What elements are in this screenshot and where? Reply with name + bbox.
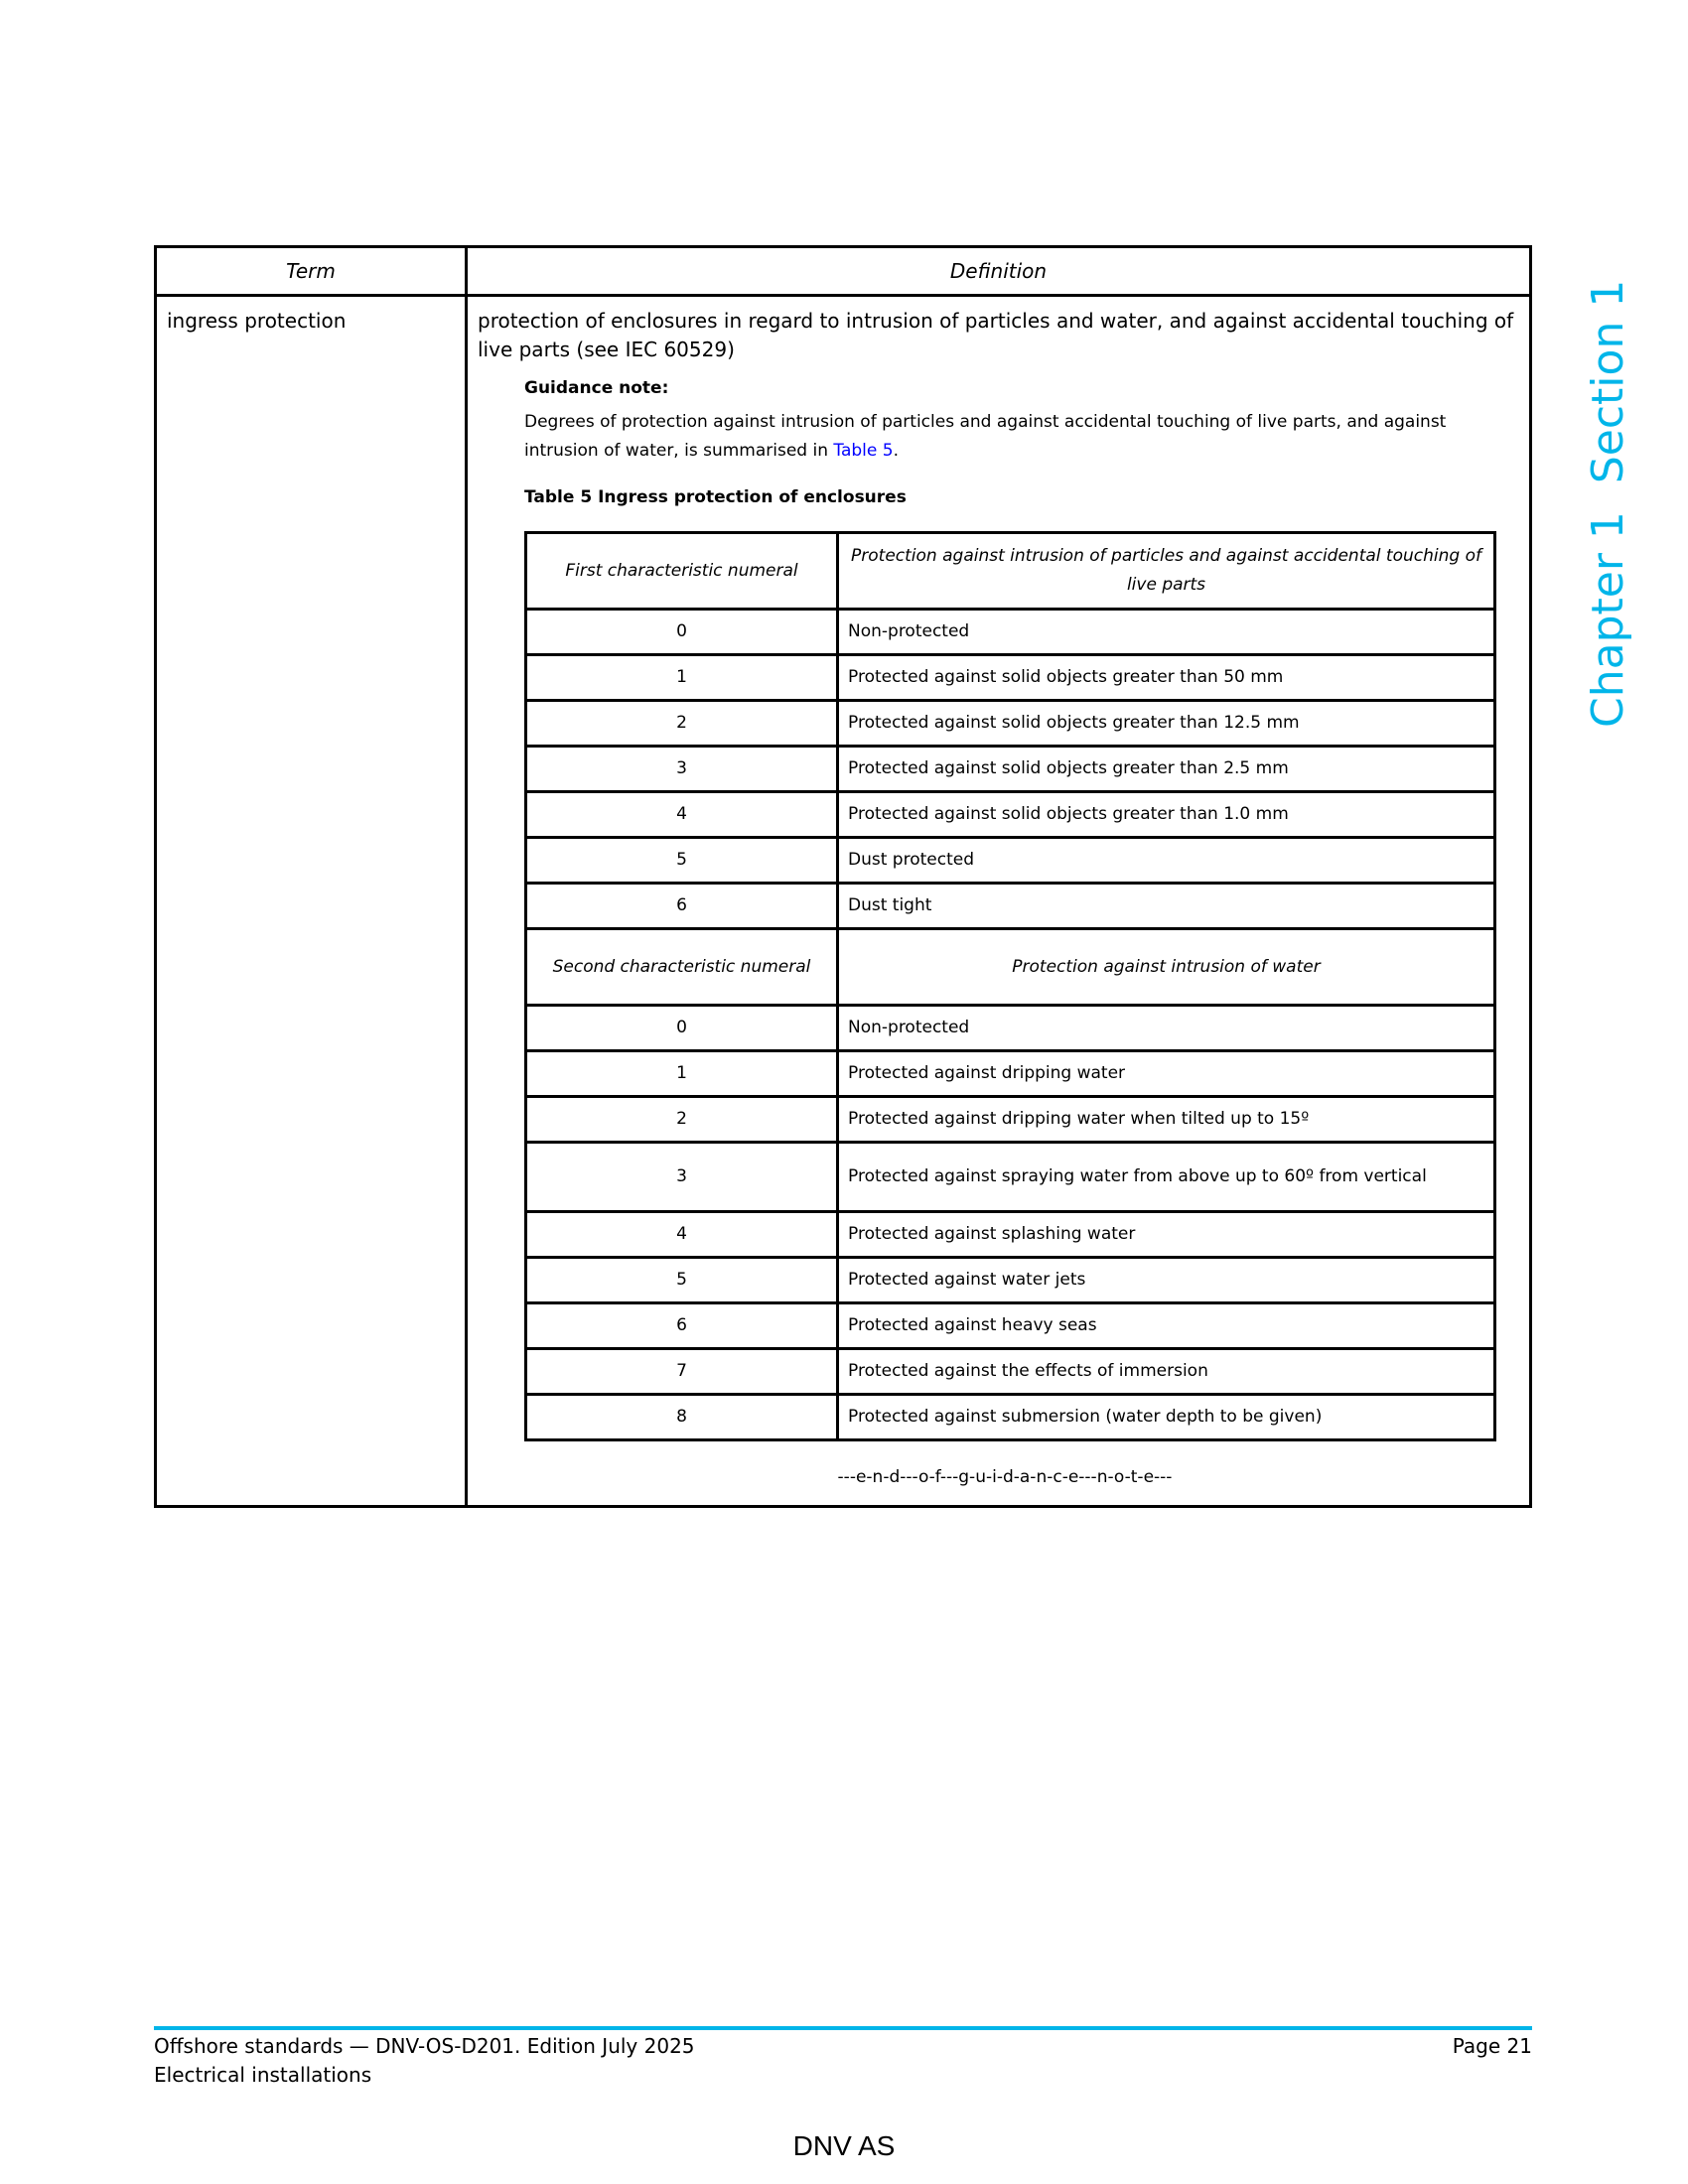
protection-cell: Protected against water jets <box>838 1258 1495 1303</box>
numeral-cell: 5 <box>526 1258 838 1303</box>
guidance-note: Guidance note: Degrees of protection aga… <box>524 378 1485 1487</box>
chapter-section-label: Chapter 1 Section 1 <box>1583 280 1633 728</box>
numeral-cell: 1 <box>526 655 838 701</box>
table-row: 5Protected against water jets <box>526 1258 1495 1303</box>
numeral-cell: 4 <box>526 792 838 838</box>
protection-cell: Protected against solid objects greater … <box>838 792 1495 838</box>
protection-cell: Protected against splashing water <box>838 1212 1495 1258</box>
footer-left: Offshore standards — DNV-OS-D201. Editio… <box>154 2032 695 2090</box>
table-row: 0Non-protected <box>526 610 1495 655</box>
footer-subtitle: Electrical installations <box>154 2061 695 2090</box>
table-row: 2Protected against dripping water when t… <box>526 1097 1495 1143</box>
table-row: 3Protected against spraying water from a… <box>526 1143 1495 1212</box>
protection-cell: Protected against submersion (water dept… <box>838 1395 1495 1440</box>
ingress-protection-table: First characteristic numeralProtection a… <box>524 531 1496 1441</box>
numeral-cell: 8 <box>526 1395 838 1440</box>
protection-cell: Protected against spraying water from ab… <box>838 1143 1495 1212</box>
table-header-row: First characteristic numeralProtection a… <box>526 533 1495 610</box>
numeral-cell: 2 <box>526 1097 838 1143</box>
protection-cell: Non-protected <box>838 610 1495 655</box>
end-of-guidance-note: ---e-n-d---o-f---g-u-i-d-a-n-c-e---n-o-t… <box>524 1467 1485 1487</box>
protection-cell: Dust tight <box>838 884 1495 929</box>
numeral-cell: 0 <box>526 610 838 655</box>
table-row: 4Protected against solid objects greater… <box>526 792 1495 838</box>
protection-header: Protection against intrusion of water <box>838 929 1495 1006</box>
publisher: DNV AS <box>0 2130 1688 2162</box>
definition-cell: protection of enclosures in regard to in… <box>467 296 1531 1507</box>
definitions-table: Term Definition ingress protection prote… <box>154 245 1532 1508</box>
term-header: Term <box>156 247 467 296</box>
table-row: 7Protected against the effects of immers… <box>526 1349 1495 1395</box>
numeral-cell: 6 <box>526 884 838 929</box>
protection-cell: Protected against solid objects greater … <box>838 747 1495 792</box>
numeral-cell: 0 <box>526 1006 838 1051</box>
table-row: ingress protection protection of enclosu… <box>156 296 1531 1507</box>
table-header-row: Second characteristic numeralProtection … <box>526 929 1495 1006</box>
table-row: 6Protected against heavy seas <box>526 1303 1495 1349</box>
protection-cell: Dust protected <box>838 838 1495 884</box>
numeral-cell: 5 <box>526 838 838 884</box>
table-row: 1Protected against solid objects greater… <box>526 655 1495 701</box>
table-row: 6Dust tight <box>526 884 1495 929</box>
protection-cell: Protected against the effects of immersi… <box>838 1349 1495 1395</box>
protection-cell: Protected against solid objects greater … <box>838 655 1495 701</box>
protection-cell: Non-protected <box>838 1006 1495 1051</box>
guidance-text-end: . <box>894 441 899 461</box>
definition-text: protection of enclosures in regard to in… <box>478 307 1519 364</box>
protection-cell: Protected against solid objects greater … <box>838 701 1495 747</box>
protection-cell: Protected against dripping water <box>838 1051 1495 1097</box>
table-row: 4Protected against splashing water <box>526 1212 1495 1258</box>
numeral-header: Second characteristic numeral <box>526 929 838 1006</box>
numeral-cell: 3 <box>526 747 838 792</box>
numeral-cell: 2 <box>526 701 838 747</box>
guidance-title: Guidance note: <box>524 378 1485 398</box>
table-row: 2Protected against solid objects greater… <box>526 701 1495 747</box>
footer-divider <box>154 2026 1532 2030</box>
numeral-cell: 1 <box>526 1051 838 1097</box>
guidance-body: Degrees of protection against intrusion … <box>524 408 1485 466</box>
numeral-cell: 4 <box>526 1212 838 1258</box>
table-row: 1Protected against dripping water <box>526 1051 1495 1097</box>
term-cell: ingress protection <box>156 296 467 1507</box>
numeral-cell: 6 <box>526 1303 838 1349</box>
protection-header: Protection against intrusion of particle… <box>838 533 1495 610</box>
numeral-cell: 7 <box>526 1349 838 1395</box>
table-row: 0Non-protected <box>526 1006 1495 1051</box>
numeral-header: First characteristic numeral <box>526 533 838 610</box>
footer-document-title: Offshore standards — DNV-OS-D201. Editio… <box>154 2032 695 2061</box>
definition-header: Definition <box>467 247 1531 296</box>
table-caption: Table 5 Ingress protection of enclosures <box>524 487 1485 507</box>
table-5-link[interactable]: Table 5 <box>833 441 893 461</box>
table-row: 5Dust protected <box>526 838 1495 884</box>
protection-cell: Protected against dripping water when ti… <box>838 1097 1495 1143</box>
table-row: 3Protected against solid objects greater… <box>526 747 1495 792</box>
table-row: 8Protected against submersion (water dep… <box>526 1395 1495 1440</box>
protection-cell: Protected against heavy seas <box>838 1303 1495 1349</box>
guidance-text: Degrees of protection against intrusion … <box>524 412 1446 461</box>
page-number: Page 21 <box>1453 2032 1532 2061</box>
numeral-cell: 3 <box>526 1143 838 1212</box>
